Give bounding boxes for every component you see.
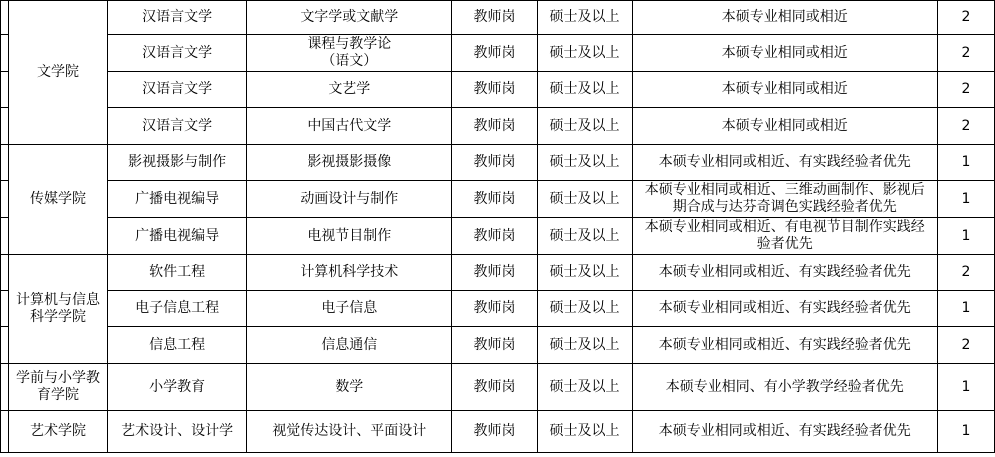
- cell-count: 2: [937, 108, 994, 145]
- clipped-left-cell: [1, 291, 9, 327]
- cell-college: 学前与小学教 育学院: [9, 364, 108, 411]
- cell-degree: 硕士及以上: [537, 108, 632, 145]
- clipped-left-cell: [1, 411, 9, 453]
- cell-post: 教师岗: [452, 291, 537, 327]
- cell-requirement: 本硕专业相同或相近: [632, 1, 937, 35]
- clipped-left-cell: [1, 327, 9, 364]
- cell-count: 1: [937, 218, 994, 255]
- cell-requirement: 本硕专业相同或相近、有实践经验者优先: [632, 327, 937, 364]
- cell-post: 教师岗: [452, 72, 537, 108]
- clipped-left-cell: [1, 364, 9, 411]
- cell-requirement: 本硕专业相同或相近、有实践经验者优先: [632, 411, 937, 453]
- cell-direction: 电视节目制作: [247, 218, 452, 255]
- cell-degree: 硕士及以上: [537, 72, 632, 108]
- cell-major: 广播电视编导: [108, 218, 247, 255]
- cell-degree: 硕士及以上: [537, 255, 632, 291]
- cell-count: 1: [937, 181, 994, 218]
- clipped-left-cell: [1, 145, 9, 181]
- cell-degree: 硕士及以上: [537, 411, 632, 453]
- cell-post: 教师岗: [452, 218, 537, 255]
- cell-requirement: 本硕专业相同或相近、有实践经验者优先: [632, 291, 937, 327]
- cell-major: 软件工程: [108, 255, 247, 291]
- cell-direction: 文艺学: [247, 72, 452, 108]
- recruitment-table-page: 文学院 汉语言文学 文字学或文献学 教师岗 硕士及以上 本硕专业相同或相近 2 …: [0, 0, 995, 457]
- cell-requirement: 本硕专业相同、有小学教学经验者优先: [632, 364, 937, 411]
- cell-degree: 硕士及以上: [537, 1, 632, 35]
- cell-count: 1: [937, 411, 994, 453]
- cell-direction: 课程与教学论 （语文）: [247, 35, 452, 72]
- cell-degree: 硕士及以上: [537, 327, 632, 364]
- cell-post: 教师岗: [452, 181, 537, 218]
- cell-post: 教师岗: [452, 35, 537, 72]
- cell-post: 教师岗: [452, 108, 537, 145]
- cell-count: 2: [937, 255, 994, 291]
- cell-major: 汉语言文学: [108, 35, 247, 72]
- cell-major: 汉语言文学: [108, 1, 247, 35]
- cell-degree: 硕士及以上: [537, 218, 632, 255]
- table-row: 传媒学院 影视摄影与制作 影视摄影摄像 教师岗 硕士及以上 本硕专业相同或相近、…: [1, 145, 995, 181]
- cell-major: 汉语言文学: [108, 72, 247, 108]
- clipped-left-cell: [1, 72, 9, 108]
- cell-college: 艺术学院: [9, 411, 108, 453]
- cell-direction: 电子信息: [247, 291, 452, 327]
- cell-requirement: 本硕专业相同或相近、有电视节目制作实践经 验者优先: [632, 218, 937, 255]
- cell-direction: 数学: [247, 364, 452, 411]
- cell-college: 计算机与信息 科学学院: [9, 255, 108, 364]
- cell-count: 1: [937, 145, 994, 181]
- cell-requirement: 本硕专业相同或相近、有实践经验者优先: [632, 255, 937, 291]
- cell-major: 电子信息工程: [108, 291, 247, 327]
- table-row: 广播电视编导 电视节目制作 教师岗 硕士及以上 本硕专业相同或相近、有电视节目制…: [1, 218, 995, 255]
- cell-degree: 硕士及以上: [537, 35, 632, 72]
- cell-count: 1: [937, 364, 994, 411]
- clipped-left-cell: [1, 255, 9, 291]
- cell-direction: 文字学或文献学: [247, 1, 452, 35]
- cell-requirement: 本硕专业相同或相近: [632, 72, 937, 108]
- cell-post: 教师岗: [452, 145, 537, 181]
- table-row: 信息工程 信息通信 教师岗 硕士及以上 本硕专业相同或相近、有实践经验者优先 2: [1, 327, 995, 364]
- cell-count: 2: [937, 72, 994, 108]
- cell-college: 传媒学院: [9, 145, 108, 255]
- clipped-left-cell: [1, 35, 9, 72]
- cell-major: 汉语言文学: [108, 108, 247, 145]
- cell-post: 教师岗: [452, 327, 537, 364]
- clipped-left-cell: [1, 181, 9, 218]
- cell-major: 信息工程: [108, 327, 247, 364]
- cell-college: 文学院: [9, 1, 108, 145]
- cell-count: 1: [937, 291, 994, 327]
- cell-requirement: 本硕专业相同或相近: [632, 108, 937, 145]
- cell-post: 教师岗: [452, 364, 537, 411]
- recruitment-table: 文学院 汉语言文学 文字学或文献学 教师岗 硕士及以上 本硕专业相同或相近 2 …: [0, 0, 995, 453]
- cell-major: 小学教育: [108, 364, 247, 411]
- cell-requirement: 本硕专业相同或相近: [632, 35, 937, 72]
- table-row: 汉语言文学 文艺学 教师岗 硕士及以上 本硕专业相同或相近 2: [1, 72, 995, 108]
- cell-direction: 信息通信: [247, 327, 452, 364]
- clipped-left-cell: [1, 1, 9, 35]
- cell-count: 2: [937, 1, 994, 35]
- cell-direction: 中国古代文学: [247, 108, 452, 145]
- cell-direction: 影视摄影摄像: [247, 145, 452, 181]
- cell-direction: 计算机科学技术: [247, 255, 452, 291]
- cell-major: 影视摄影与制作: [108, 145, 247, 181]
- cell-count: 2: [937, 327, 994, 364]
- cell-major: 广播电视编导: [108, 181, 247, 218]
- table-row: 文学院 汉语言文学 文字学或文献学 教师岗 硕士及以上 本硕专业相同或相近 2: [1, 1, 995, 35]
- cell-direction: 动画设计与制作: [247, 181, 452, 218]
- cell-requirement: 本硕专业相同或相近、有实践经验者优先: [632, 145, 937, 181]
- cell-post: 教师岗: [452, 1, 537, 35]
- cell-degree: 硕士及以上: [537, 181, 632, 218]
- table-row: 艺术学院 艺术设计、设计学 视觉传达设计、平面设计 教师岗 硕士及以上 本硕专业…: [1, 411, 995, 453]
- cell-count: 2: [937, 35, 994, 72]
- table-row: 电子信息工程 电子信息 教师岗 硕士及以上 本硕专业相同或相近、有实践经验者优先…: [1, 291, 995, 327]
- clipped-left-cell: [1, 218, 9, 255]
- cell-direction: 视觉传达设计、平面设计: [247, 411, 452, 453]
- cell-degree: 硕士及以上: [537, 364, 632, 411]
- cell-post: 教师岗: [452, 255, 537, 291]
- cell-degree: 硕士及以上: [537, 145, 632, 181]
- table-row: 汉语言文学 中国古代文学 教师岗 硕士及以上 本硕专业相同或相近 2: [1, 108, 995, 145]
- clipped-left-cell: [1, 108, 9, 145]
- cell-post: 教师岗: [452, 411, 537, 453]
- table-row: 学前与小学教 育学院 小学教育 数学 教师岗 硕士及以上 本硕专业相同、有小学教…: [1, 364, 995, 411]
- cell-requirement: 本硕专业相同或相近、三维动画制作、影视后 期合成与达芬奇调色实践经验者优先: [632, 181, 937, 218]
- table-row: 广播电视编导 动画设计与制作 教师岗 硕士及以上 本硕专业相同或相近、三维动画制…: [1, 181, 995, 218]
- cell-major: 艺术设计、设计学: [108, 411, 247, 453]
- table-row: 计算机与信息 科学学院 软件工程 计算机科学技术 教师岗 硕士及以上 本硕专业相…: [1, 255, 995, 291]
- table-row: 汉语言文学 课程与教学论 （语文） 教师岗 硕士及以上 本硕专业相同或相近 2: [1, 35, 995, 72]
- cell-degree: 硕士及以上: [537, 291, 632, 327]
